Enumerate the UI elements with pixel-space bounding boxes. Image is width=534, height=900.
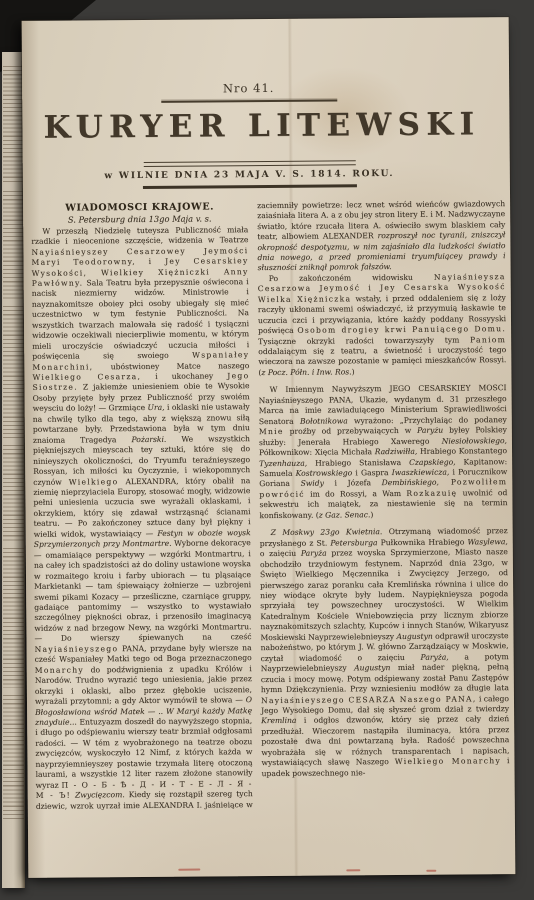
article-paragraph: W Imiennym Naywyższym JEGO CESARSKIEY MO… bbox=[259, 384, 508, 522]
edge-mark bbox=[346, 869, 360, 871]
faux-text-block bbox=[3, 445, 24, 541]
masthead: Nro 41. KURYER LITEWSKI w WILNIE DNIA 23… bbox=[22, 17, 510, 190]
faux-text-block bbox=[3, 191, 24, 299]
edge-mark bbox=[426, 870, 436, 872]
right-column: zaciemniły powietrze: lecz wnet wśród wi… bbox=[257, 199, 510, 809]
issue-rule bbox=[161, 99, 337, 102]
newspaper-page: Nro 41. KURYER LITEWSKI w WILNIE DNIA 23… bbox=[22, 17, 516, 878]
faux-text-block bbox=[3, 306, 24, 438]
article-paragraph: Z Moskwy 23go Kwietnia. Otrzymaną wiadom… bbox=[260, 526, 510, 779]
article-paragraph: W przeszłą Niedzielę tuteysza Publicznoś… bbox=[31, 225, 253, 811]
faux-text-block bbox=[3, 695, 24, 821]
edge-mark bbox=[178, 869, 200, 871]
dateline-rule-bottom bbox=[142, 184, 356, 188]
faux-text-block bbox=[3, 548, 24, 688]
masthead-title: KURYER LITEWSKI bbox=[18, 107, 505, 146]
publication-dateline: w WILNIE DNIA 23 MAJA V. S. 1814. ROKU. bbox=[6, 168, 493, 182]
scan-background: Nro 41. KURYER LITEWSKI w WILNIE DNIA 23… bbox=[0, 0, 534, 900]
article-paragraph: zaciemniły powietrze: lecz wnet wśród wi… bbox=[257, 199, 506, 274]
left-column: WIADOMOSCI KRAJOWE.S. Petersburg dnia 13… bbox=[31, 201, 253, 811]
issue-number: Nro 41. bbox=[5, 17, 493, 97]
article-columns: WIADOMOSCI KRAJOWE.S. Petersburg dnia 13… bbox=[23, 199, 515, 811]
article-paragraph: Po zakończoném widowisku Nayiaśnieysza C… bbox=[258, 272, 507, 378]
column-dateline: S. Petersburg dnia 13go Maja v. s. bbox=[31, 213, 248, 226]
dateline-rule-top bbox=[143, 160, 355, 167]
